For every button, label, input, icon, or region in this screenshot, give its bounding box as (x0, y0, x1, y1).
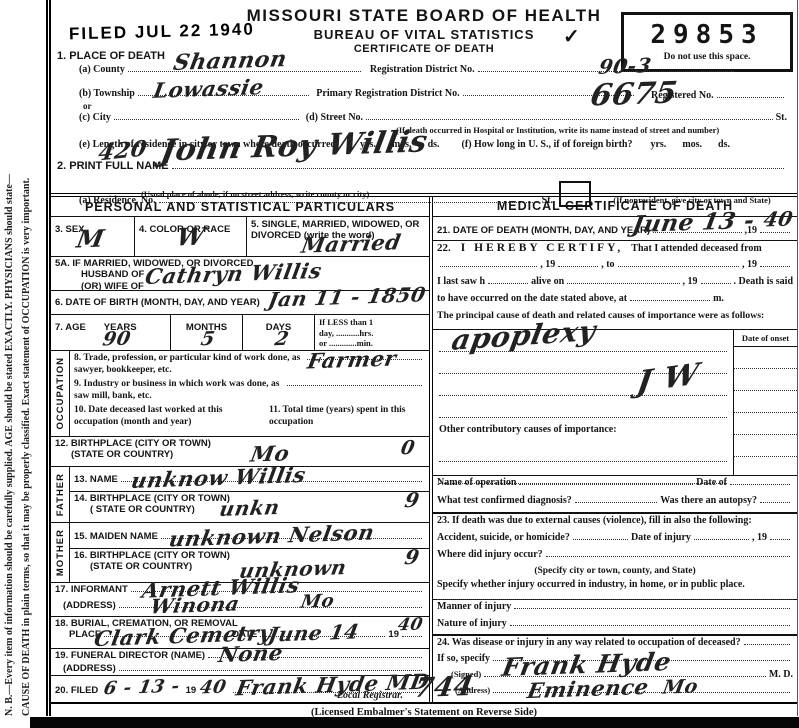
registration-district-value-handwriting: 90-3 (597, 55, 653, 77)
margin-note-line2: CAUSE OF DEATH in plain terms, so that i… (21, 12, 32, 716)
mother-side-label: MOTHER (55, 529, 66, 576)
informant-line2: (ADDRESS) (55, 600, 425, 614)
certify-line1: 22. I HEREBY CERTIFY, That I attended de… (437, 242, 793, 259)
primary-registration-label: Primary Registration District No. (316, 88, 459, 99)
county-value-handwriting: Shannon (172, 48, 289, 74)
father-name-label: 13. NAME (74, 468, 118, 485)
foreign-birth-label: (f) How long in U. S., if of foreign bir… (462, 139, 633, 150)
residence-box (559, 181, 591, 207)
medical-column: MEDICAL CERTIFICATE OF DEATH 21. DATE OF… (429, 197, 797, 702)
filed-19-label: 19 (186, 677, 197, 696)
trade-row: 8. Trade, profession, or particular kind… (74, 353, 425, 377)
accident-label: Accident, suicide, or homicide? (437, 532, 570, 543)
dotted-leader (440, 264, 537, 267)
operation-line: Name of operation Date of (437, 477, 793, 495)
burial-year-handwriting: 40 (397, 617, 425, 635)
place-of-death-heading: 1. PLACE OF DEATH (57, 50, 165, 62)
street-no-label: (d) Street No. (306, 112, 363, 123)
county-label: (a) County (79, 64, 125, 75)
dotted-leader (573, 537, 628, 540)
dotted-leader (546, 554, 790, 557)
dotted-leader (514, 606, 790, 609)
sex-value-handwriting: M (75, 227, 107, 252)
sex-cell: 3. SEX M (51, 217, 135, 256)
dod-handwriting: June 13 - (631, 209, 757, 236)
onset-dotted-line (734, 413, 797, 435)
father-side-cell: FATHER (51, 467, 70, 522)
principal-cause-label: The principal cause of death and related… (437, 310, 764, 321)
dod-year-handwriting: 40 (762, 208, 795, 229)
autopsy-label: Was there an autopsy? (660, 495, 757, 506)
father-birthplace-handwriting: unkn (218, 497, 281, 519)
where-injury-label: Where did injury occur? (437, 549, 543, 560)
manner-label: Manner of injury (437, 601, 511, 612)
occurred-line: to have occurred on the date stated abov… (437, 293, 793, 310)
filed-year-handwriting: 40 (199, 679, 228, 698)
informant-label: 17. INFORMANT (55, 584, 128, 595)
city-street-row: (c) City (d) Street No. St. (79, 112, 787, 123)
left-margin-notes: N. B.—Every item of information should b… (0, 0, 45, 716)
occupation-related-block: 24. Was disease or injury in any way rel… (433, 636, 797, 702)
certify-rest: That I attended deceased from (631, 243, 761, 254)
mother-birthplace-mark: 9 (403, 547, 421, 567)
dotted-leader (114, 117, 299, 120)
certify-block: 22. I HEREBY CERTIFY, That I attended de… (433, 241, 797, 330)
occupation-side-label: OCCUPATION (55, 357, 66, 429)
father-items: 13. NAME unknow Willis 14. BIRTHPLACE (C… (70, 467, 429, 522)
certify-label: I HEREBY CERTIFY, (461, 242, 624, 254)
dotted-leader (488, 281, 528, 284)
abode-note: (Usual place of abode, if no street addr… (141, 189, 369, 199)
dotted-leader (366, 117, 773, 120)
date-of-onset-label: Date of onset (734, 330, 797, 347)
serial-number: 29853 (624, 20, 790, 50)
age-days-handwriting: 2 (273, 330, 290, 349)
occupation-value-handwriting: Farmer (306, 347, 398, 371)
mother-name-row: 15. MAIDEN NAME unknown Nelson (70, 523, 429, 549)
house-number-handwriting: 420 (97, 138, 149, 165)
accident-line: Accident, suicide, or homicide? Date of … (437, 532, 793, 549)
cause-lines: Other contributory causes of importance:… (433, 330, 733, 475)
test-label: What test confirmed diagnosis? (437, 495, 572, 506)
total-time-label: 11. Total time (years) spent in this occ… (269, 405, 425, 429)
nature-label: Nature of injury (437, 618, 507, 629)
dotted-leader (575, 500, 657, 503)
marital-cell: 5. SINGLE, MARRIED, WIDOWED, OR DIVORCED… (247, 217, 429, 256)
dotted-leader (760, 500, 790, 503)
father-name-handwriting: unknow Willis (130, 464, 308, 491)
funeral-director-label: 19. FUNERAL DIRECTOR (NAME) (55, 650, 205, 661)
external-causes-block: 23. If death was due to external causes … (433, 514, 797, 600)
yrs-label-2: yrs. (650, 139, 666, 150)
filed-date-handwriting: 6 - 13 - (102, 678, 181, 699)
birthplace-sublabel: (STATE OR COUNTRY) (71, 449, 425, 460)
dotted-leader (567, 281, 679, 284)
q23-line: 23. If death was due to external causes … (437, 515, 793, 532)
address-city-handwriting: Eminence (526, 676, 651, 701)
race-value-handwriting: W (175, 225, 207, 250)
dotted-leader (694, 537, 749, 540)
age-days-cell: DAYS 2 (243, 315, 315, 350)
cause-dotted-line (439, 396, 727, 418)
operation-block: Name of operation Date of What test conf… (433, 476, 797, 514)
check-mark: ✓ (563, 24, 580, 49)
address-number-handwriting: 744 (412, 673, 475, 702)
occurred-label: to have occurred on the date stated abov… (437, 293, 627, 304)
lastsaw-line: I last saw h alive on , 19 . Death is sa… (437, 276, 793, 293)
form-header: FILED JUL 22 1940 MISSOURI STATE BOARD O… (51, 0, 797, 193)
dotted-leader (744, 642, 790, 645)
occupation-items: 8. Trade, profession, or particular kind… (70, 351, 429, 436)
ds-label-2: ds. (718, 139, 730, 150)
marital-value-handwriting: Married (300, 231, 403, 255)
age-years-cell: 7. AGE YEARS 90 (51, 315, 171, 350)
personal-column: PERSONAL AND STATISTICAL PARTICULARS 3. … (51, 197, 429, 702)
onset-dotted-line (734, 369, 797, 391)
physician-initials-handwriting: J W (635, 360, 701, 398)
funeral-director-handwriting: None (217, 642, 285, 665)
mother-name-label: 15. MAIDEN NAME (74, 524, 158, 542)
dotted-leader (770, 537, 790, 540)
birthplace-value-handwriting: Mo (249, 442, 291, 464)
father-birthplace-row: 14. BIRTHPLACE (CITY OR TOWN) ( STATE OR… (70, 492, 429, 522)
dotted-leader (717, 95, 784, 98)
industry-row: 9. Industry or business in which work wa… (74, 379, 425, 403)
dob-row: 6. DATE OF BIRTH (MONTH, DAY, AND YEAR) … (51, 291, 429, 315)
lastsaw-19: , 19 (683, 276, 698, 287)
filed-label: 20. FILED (55, 677, 98, 696)
city-label: (c) City (79, 112, 111, 123)
father-birthplace-mark: 9 (403, 490, 421, 510)
father-name-row: 13. NAME unknow Willis (70, 467, 429, 492)
informant-row: 17. INFORMANT (ADDRESS) Arnett Willis Wi… (51, 583, 429, 617)
birthplace-label: 12. BIRTHPLACE (CITY OR TOWN) (55, 438, 425, 449)
occupation-block: OCCUPATION 8. Trade, profession, or part… (51, 351, 429, 437)
where-line: Where did injury occur? (437, 549, 793, 566)
residence-st-label: St. (542, 195, 553, 206)
mother-side-cell: MOTHER (51, 523, 70, 582)
aliveon-label: alive on (531, 276, 564, 287)
certify-19b: , 19 (742, 259, 757, 270)
father-block: FATHER 13. NAME unknow Willis 14. BIRTHP… (51, 467, 429, 523)
test-line: What test confirmed diagnosis? Was there… (437, 495, 793, 513)
registered-no-label: Registered No. (651, 90, 714, 101)
scan-edge-artifact (30, 717, 799, 728)
street-st-label: St. (776, 112, 787, 123)
cause-block: Other contributory causes of importance:… (433, 330, 797, 476)
md-label: M. D. (769, 669, 793, 680)
certify-number: 22. (437, 242, 451, 254)
injury-19-label: , 19 (752, 532, 767, 543)
dotted-leader (510, 623, 790, 626)
dotted-leader (159, 200, 539, 203)
hospital-note: (If death occurred in Hospital or Instit… (396, 125, 719, 135)
birthplace-row: 12. BIRTHPLACE (CITY OR TOWN) (STATE OR … (51, 437, 429, 467)
other-contributory-label: Other contributory causes of importance: (439, 418, 727, 440)
specify-city-note: (Specify city or town, county, and State… (437, 566, 793, 579)
race-cell: 4. COLOR OR RACE W (135, 217, 247, 256)
onset-dotted-line (734, 391, 797, 413)
full-name-row: 2. PRINT FULL NAME 420 John Roy Willis (57, 160, 787, 172)
dob-label: 6. DATE OF BIRTH (MONTH, DAY, AND YEAR) (55, 292, 260, 308)
or-label: or (83, 101, 92, 111)
dob-value-handwriting: Jan 11 - 1850 (267, 284, 428, 309)
dotted-leader (701, 281, 731, 284)
operation-date-label: Date of (696, 477, 727, 488)
operation-label: Name of operation (437, 477, 516, 488)
onset-dotted-line (734, 435, 797, 457)
township-value-handwriting: Lowassie (152, 76, 266, 101)
ds-label: ds. (428, 139, 440, 150)
age-label: 7. AGE (55, 322, 86, 333)
township-row: (b) Township Primary Registration Distri… (79, 88, 637, 99)
local-registrar-label: Local Registrar. (337, 690, 403, 701)
date-of-death-label: 21. DATE OF DEATH (MONTH, DAY, AND YEAR) (437, 218, 650, 236)
registration-district-label: Registration District No. (370, 64, 475, 75)
specify-pub-line: Specify whether injury occurred in indus… (437, 579, 793, 594)
mos-label-2: mos. (682, 139, 702, 150)
occupation-side-cell: OCCUPATION (51, 351, 70, 436)
cause-dotted-line (439, 440, 727, 462)
form-body: PERSONAL AND STATISTICAL PARTICULARS 3. … (51, 193, 797, 704)
certify-line2: , 19 , to , 19 (437, 259, 793, 276)
date-of-death-row: 21. DATE OF DEATH (MONTH, DAY, AND YEAR)… (433, 217, 797, 242)
address-state-handwriting: Mo (661, 677, 699, 697)
certify-19a: , 19 (540, 259, 555, 270)
date-of-onset-column: Date of onset (733, 330, 797, 475)
last-worked-row: 10. Date deceased last worked at this oc… (74, 405, 425, 429)
death-said-label: . Death is said (734, 276, 793, 287)
dotted-leader (287, 383, 422, 386)
less-line1: If LESS than 1 (319, 317, 425, 328)
registered-no-row: Registered No. (651, 90, 787, 101)
nonresident-note: (If nonresident, give city or town and S… (597, 195, 787, 205)
mother-name-handwriting: unknown Nelson (167, 521, 376, 549)
informant-state-handwriting: Mo (299, 592, 335, 611)
filed-row: 20. FILED 6 - 13 - 19 40 Frank Hyde MD L… (51, 676, 429, 702)
county-row: (a) County Registration District No. Sha… (79, 64, 737, 75)
injury-date-label: Date of injury (631, 532, 691, 543)
q24-label: 24. Was disease or injury in any way rel… (437, 637, 741, 648)
dotted-leader (730, 482, 790, 485)
certificate-form: FILED JUL 22 1940 MISSOURI STATE BOARD O… (46, 0, 798, 716)
funeral-address-label: (ADDRESS) (63, 663, 116, 674)
township-label: (b) Township (79, 88, 135, 99)
less-line2: day, ...........hrs. (319, 328, 425, 339)
certify-to: , to (601, 259, 614, 270)
dotted-leader (618, 264, 739, 267)
q23-label: 23. If death was due to external causes … (437, 515, 752, 526)
informant-address-label: (ADDRESS) (63, 600, 116, 611)
manner-line: Manner of injury (437, 601, 793, 618)
industry-label: 9. Industry or business in which work wa… (74, 379, 284, 403)
lastsaw-label: I last saw h (437, 276, 485, 287)
sex-race-marital-row: 3. SEX M 4. COLOR OR RACE W 5. SINGLE, M… (51, 217, 429, 257)
last-worked-label: 10. Date deceased last worked at this oc… (74, 405, 259, 429)
age-months-cell: MONTHS 5 (171, 315, 243, 350)
dotted-leader (172, 166, 784, 169)
ifso-label: If so, specify (437, 653, 490, 664)
dotted-leader (760, 264, 790, 267)
dotted-leader (519, 482, 693, 485)
less-than-day-cell: If LESS than 1 day, ...........hrs. or .… (315, 315, 429, 350)
dotted-leader (558, 264, 598, 267)
full-name-handwriting: John Roy Willis (158, 127, 429, 166)
injury-detail-block: Manner of injury Nature of injury (433, 600, 797, 636)
father-side-label: FATHER (55, 473, 66, 516)
specify-public-label: Specify whether injury occurred in indus… (437, 579, 745, 590)
nature-line: Nature of injury (437, 618, 793, 635)
occurred-m-label: m. (713, 293, 724, 304)
onset-dotted-line (734, 347, 797, 369)
informant-city-handwriting: Winona (149, 593, 241, 616)
trade-label: 8. Trade, profession, or particular kind… (74, 353, 304, 377)
margin-note-line1: N. B.—Every item of information should b… (4, 12, 15, 716)
age-months-handwriting: 5 (199, 330, 216, 349)
spouse-value-handwriting: Cathryn Willis (144, 260, 324, 287)
dotted-leader (630, 298, 710, 301)
age-years-handwriting: 90 (101, 330, 132, 350)
